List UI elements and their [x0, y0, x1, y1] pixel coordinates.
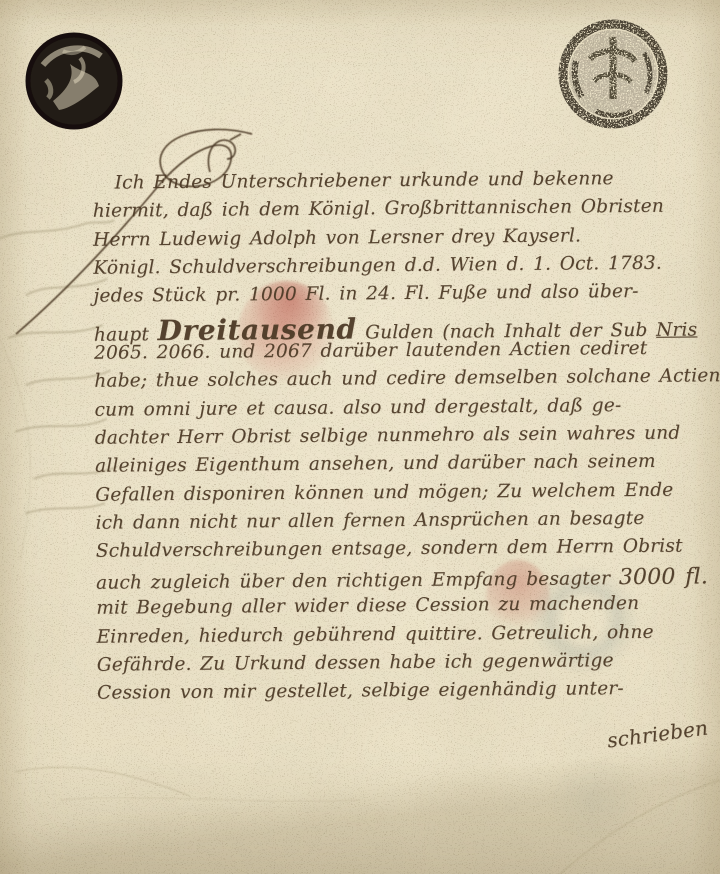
- manuscript-text-segment: hiermit, daß ich dem Königl. Großbrittan…: [93, 196, 664, 222]
- manuscript-text-segment: Ich Endes Unterschriebener urkunde und b…: [114, 168, 613, 193]
- manuscript-text-segment: Nris: [656, 319, 697, 340]
- faded-round-stamp-icon: [556, 19, 670, 129]
- manuscript-text-segment: 2065. 2066. und 2067 darüber lautenden A…: [94, 338, 647, 364]
- manuscript-text-segment: 3000 fl.: [619, 564, 708, 590]
- manuscript-text-segment: Gefährde. Zu Urkund dessen habe ich gege…: [97, 650, 614, 676]
- manuscript-lines: Ich Endes Unterschriebener urkunde und b…: [92, 167, 715, 748]
- manuscript-text-segment: Herrn Ludewig Adolph von Lersner drey Ka…: [93, 225, 581, 250]
- manuscript-text-segment: dachter Herr Obrist selbige nunmehro als…: [95, 423, 681, 449]
- faint-bleedthrough-smudge: [540, 760, 650, 840]
- manuscript-text-segment: Schuldverschreibungen entsage, sondern d…: [96, 536, 683, 562]
- manuscript-text-segment: cum omni jure et causa. also und dergest…: [94, 395, 621, 421]
- manuscript-text-segment: habe; thue solches auch und cedire demse…: [94, 366, 720, 392]
- manuscript-text-segment: alleiniges Eigenthum ansehen, und darübe…: [95, 451, 656, 477]
- signature-line: schrieben: [97, 715, 715, 749]
- manuscript-line: Cession von mir gestellet, selbige eigen…: [97, 677, 715, 711]
- manuscript-text-segment: Einreden, hiedurch gebührend quittire. G…: [96, 621, 653, 647]
- manuscript-text-segment: Gefallen disponiren können und mögen; Zu…: [95, 479, 673, 505]
- manuscript-text-segment: auch zugleich über den richtigen Empfang…: [96, 568, 619, 594]
- manuscript-text-segment: mit Begebung aller wider diese Cession z…: [96, 593, 639, 619]
- manuscript-text-segment: ich dann nicht nur allen fernen Ansprüch…: [95, 508, 644, 534]
- manuscript-text-segment: jedes Stück pr. 1000 Fl. in 24. Fl. Fuße…: [93, 281, 638, 307]
- manuscript-text-segment: Cession von mir gestellet, selbige eigen…: [97, 678, 624, 704]
- scanned-manuscript-page: Ich Endes Unterschriebener urkunde und b…: [0, 0, 720, 874]
- manuscript-text-segment: Königl. Schuldverschreibungen d.d. Wien …: [93, 253, 662, 279]
- heraldic-lion-stamp-icon: [23, 29, 125, 133]
- manuscript-text-block: Ich Endes Unterschriebener urkunde und b…: [92, 167, 715, 748]
